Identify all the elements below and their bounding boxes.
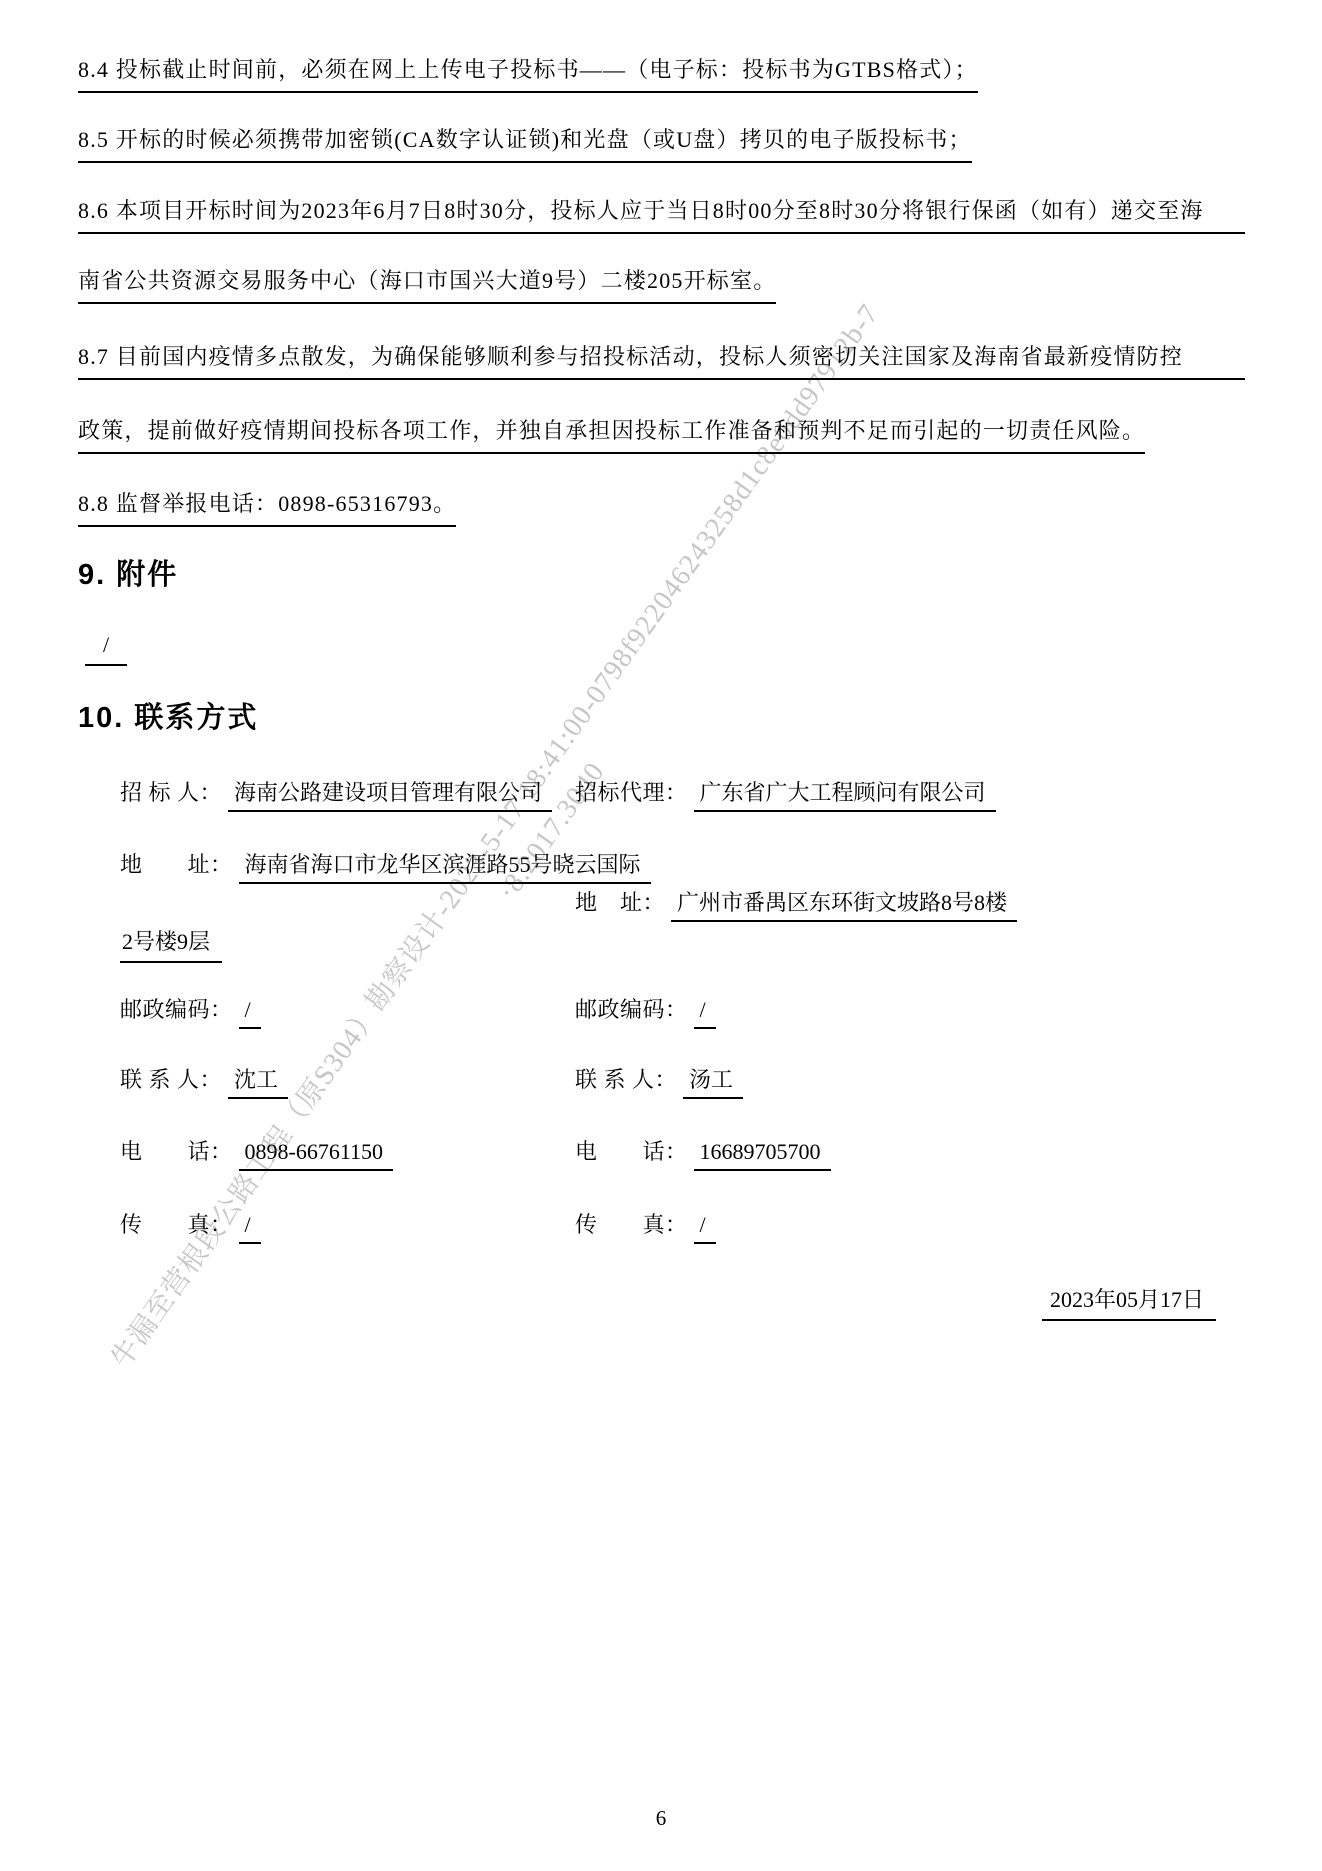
tenderer-fax-label: 传 真： (120, 1212, 233, 1237)
agent-address-value: 广州市番禺区东环街文坡路8号8楼 (671, 890, 1017, 922)
agent-phone-value: 16689705700 (694, 1139, 831, 1171)
section-9-content: / (85, 632, 127, 666)
tenderer-contact-label: 联 系 人： (120, 1067, 222, 1092)
tenderer-contact-value: 沈工 (228, 1067, 288, 1099)
agent-fax-row: 传 真：/ (575, 1210, 716, 1240)
tenderer-address-label: 地 址： (120, 852, 233, 877)
agent-phone-label: 电 话： (575, 1139, 688, 1164)
clause-8-7-line1: 8.7 目前国内疫情多点散发，为确保能够顺利参与招投标活动，投标人须密切关注国家… (78, 342, 1245, 380)
agent-postcode-row: 邮政编码：/ (575, 995, 716, 1025)
section-9-heading: 9. 附件 (78, 552, 178, 593)
tenderer-phone-row: 电 话：0898-66761150 (120, 1137, 393, 1167)
agent-postcode-value: / (694, 997, 716, 1029)
clause-8-7-line2: 政策，提前做好疫情期间投标各项工作，并独自承担因投标工作准备和预判不足而引起的一… (78, 416, 1145, 454)
tenderer-row: 招 标 人：海南公路建设项目管理有限公司 (120, 778, 552, 808)
tenderer-fax-row: 传 真：/ (120, 1210, 261, 1240)
agent-value: 广东省广大工程顾问有限公司 (694, 780, 996, 812)
tenderer-value: 海南公路建设项目管理有限公司 (228, 780, 552, 812)
agent-fax-value: / (694, 1212, 716, 1244)
agent-address-label: 地 址： (575, 890, 665, 915)
agent-contact-row: 联 系 人：汤工 (575, 1065, 743, 1095)
tenderer-address-row: 地 址：海南省海口市龙华区滨涯路55号晓云国际 (120, 850, 651, 880)
tenderer-fax-value: / (239, 1212, 261, 1244)
clause-8-4: 8.4 投标截止时间前，必须在网上上传电子投标书——（电子标：投标书为GTBS格… (78, 55, 978, 93)
clause-8-6-line1: 8.6 本项目开标时间为2023年6月7日8时30分，投标人应于当日8时00分至… (78, 196, 1245, 234)
document-date: 2023年05月17日 (1042, 1283, 1216, 1321)
clause-8-8: 8.8 监督举报电话：0898-65316793。 (78, 489, 456, 527)
agent-postcode-label: 邮政编码： (575, 997, 688, 1022)
page-number: 6 (0, 1806, 1322, 1831)
agent-phone-row: 电 话：16689705700 (575, 1137, 831, 1167)
tenderer-postcode-row: 邮政编码：/ (120, 995, 261, 1025)
tenderer-contact-row: 联 系 人：沈工 (120, 1065, 288, 1095)
agent-contact-label: 联 系 人： (575, 1067, 677, 1092)
agent-contact-value: 汤工 (683, 1067, 743, 1099)
section-10-heading: 10. 联系方式 (78, 695, 258, 736)
tenderer-phone-label: 电 话： (120, 1139, 233, 1164)
agent-row: 招标代理：广东省广大工程顾问有限公司 (575, 778, 996, 808)
clause-8-5: 8.5 开标的时候必须携带加密锁(CA数字认证锁)和光盘（或U盘）拷贝的电子版投… (78, 125, 972, 163)
tenderer-label: 招 标 人： (120, 780, 222, 805)
clause-8-6-line2: 南省公共资源交易服务中心（海口市国兴大道9号）二楼205开标室。 (78, 266, 776, 304)
document-page: 牛漏至营根段公路工程（原S304）勘察设计-2023-5-17 18:41:00… (0, 0, 1322, 1871)
tenderer-address-value: 海南省海口市龙华区滨涯路55号晓云国际 (239, 852, 651, 884)
agent-address-row: 地 址：广州市番禺区东环街文坡路8号8楼 (575, 888, 1017, 918)
tenderer-postcode-label: 邮政编码： (120, 997, 233, 1022)
tenderer-postcode-value: / (239, 997, 261, 1029)
tenderer-address-line2: 2号楼9层 (120, 925, 222, 963)
tenderer-phone-value: 0898-66761150 (239, 1139, 394, 1171)
agent-label: 招标代理： (575, 780, 688, 805)
agent-fax-label: 传 真： (575, 1212, 688, 1237)
